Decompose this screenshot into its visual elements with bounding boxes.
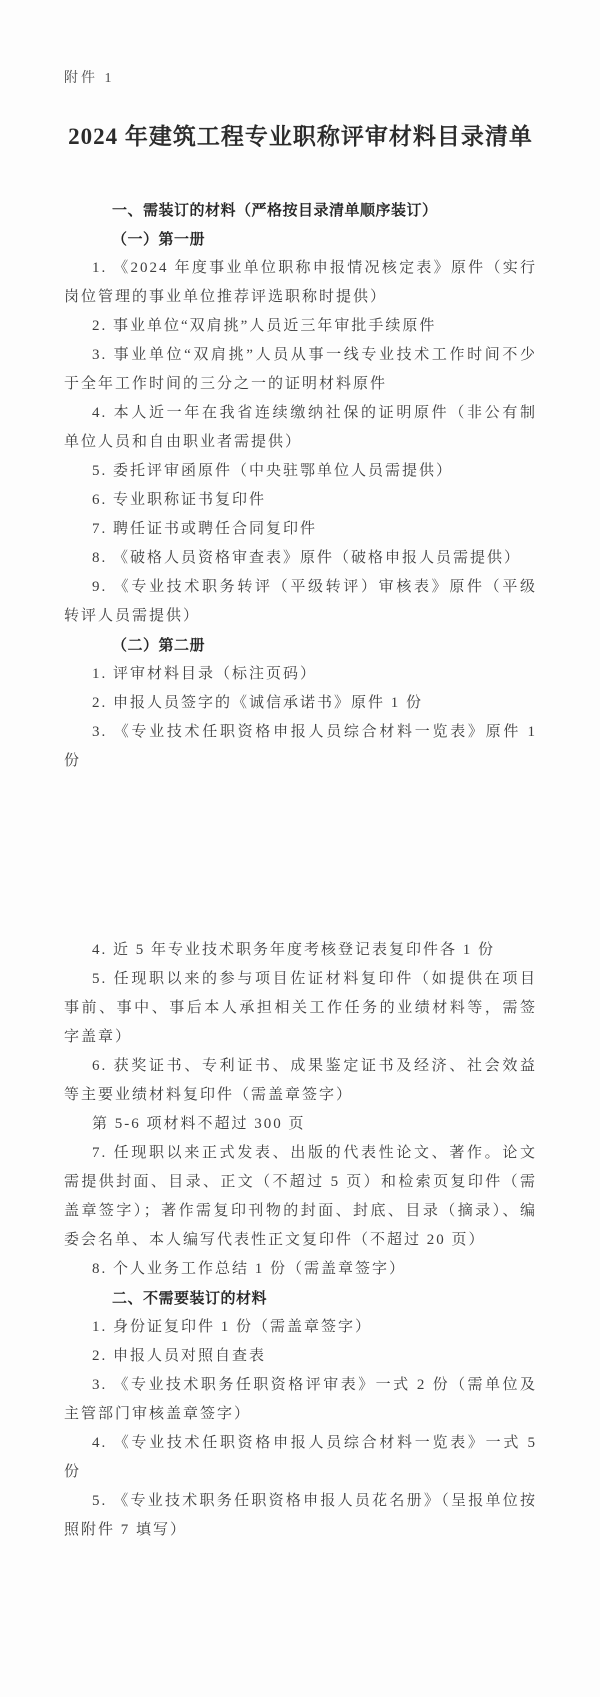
list-item: 2. 事业单位“双肩挑”人员近三年审批手续原件 <box>64 312 537 341</box>
list-item: 1. 身份证复印件 1 份（需盖章签字） <box>64 1313 537 1342</box>
list-item: 8. 个人业务工作总结 1 份（需盖章签字） <box>64 1255 537 1284</box>
section-heading-unbound-materials: 二、不需要装订的材料 <box>64 1284 537 1313</box>
list-item: 6. 专业职称证书复印件 <box>64 486 537 515</box>
document-page: 附件 1 2024 年建筑工程专业职称评审材料目录清单 一、需装订的材料（严格按… <box>0 0 600 1697</box>
list-item: 3. 《专业技术任职资格申报人员综合材料一览表》原件 1 份 <box>64 718 537 776</box>
list-item: 3. 事业单位“双肩挑”人员从事一线专业技术工作时间不少于全年工作时间的三分之一… <box>64 341 537 399</box>
list-item: 8. 《破格人员资格审查表》原件（破格申报人员需提供） <box>64 544 537 573</box>
list-item: 3. 《专业技术职务任职资格评审表》一式 2 份（需单位及主管部门审核盖章签字） <box>64 1371 537 1429</box>
list-item: 6. 获奖证书、专利证书、成果鉴定证书及经济、社会效益等主要业绩材料复印件（需盖… <box>64 1052 537 1110</box>
subsection-heading-book1: （一）第一册 <box>64 225 537 254</box>
list-item-note: 第 5-6 项材料不超过 300 页 <box>64 1110 537 1139</box>
list-item: 7. 聘任证书或聘任合同复印件 <box>64 515 537 544</box>
page-break-gap <box>64 776 537 936</box>
attachment-label: 附件 1 <box>64 68 537 90</box>
list-item: 9. 《专业技术职务转评（平级转评）审核表》原件（平级转评人员需提供） <box>64 573 537 631</box>
subsection-heading-book2: （二）第二册 <box>64 631 537 660</box>
list-item: 2. 申报人员签字的《诚信承诺书》原件 1 份 <box>64 689 537 718</box>
list-item: 5. 委托评审函原件（中央驻鄂单位人员需提供） <box>64 457 537 486</box>
document-title: 2024 年建筑工程专业职称评审材料目录清单 <box>64 120 537 154</box>
section-heading-bound-materials: 一、需装订的材料（严格按目录清单顺序装订） <box>64 196 537 225</box>
list-item: 1. 《2024 年度事业单位职称申报情况核定表》原件（实行岗位管理的事业单位推… <box>64 254 537 312</box>
list-item: 7. 任现职以来正式发表、出版的代表性论文、著作。论文需提供封面、目录、正文（不… <box>64 1139 537 1255</box>
list-item: 4. 《专业技术任职资格申报人员综合材料一览表》一式 5 份 <box>64 1429 537 1487</box>
list-item: 4. 近 5 年专业技术职务年度考核登记表复印件各 1 份 <box>64 936 537 965</box>
list-item: 1. 评审材料目录（标注页码） <box>64 660 537 689</box>
document-content: 附件 1 2024 年建筑工程专业职称评审材料目录清单 一、需装订的材料（严格按… <box>0 0 600 1545</box>
list-item: 4. 本人近一年在我省连续缴纳社保的证明原件（非公有制单位人员和自由职业者需提供… <box>64 399 537 457</box>
list-item: 5. 任现职以来的参与项目佐证材料复印件（如提供在项目事前、事中、事后本人承担相… <box>64 965 537 1052</box>
list-item: 5. 《专业技术职务任职资格申报人员花名册》（呈报单位按照附件 7 填写） <box>64 1487 537 1545</box>
list-item: 2. 申报人员对照自查表 <box>64 1342 537 1371</box>
